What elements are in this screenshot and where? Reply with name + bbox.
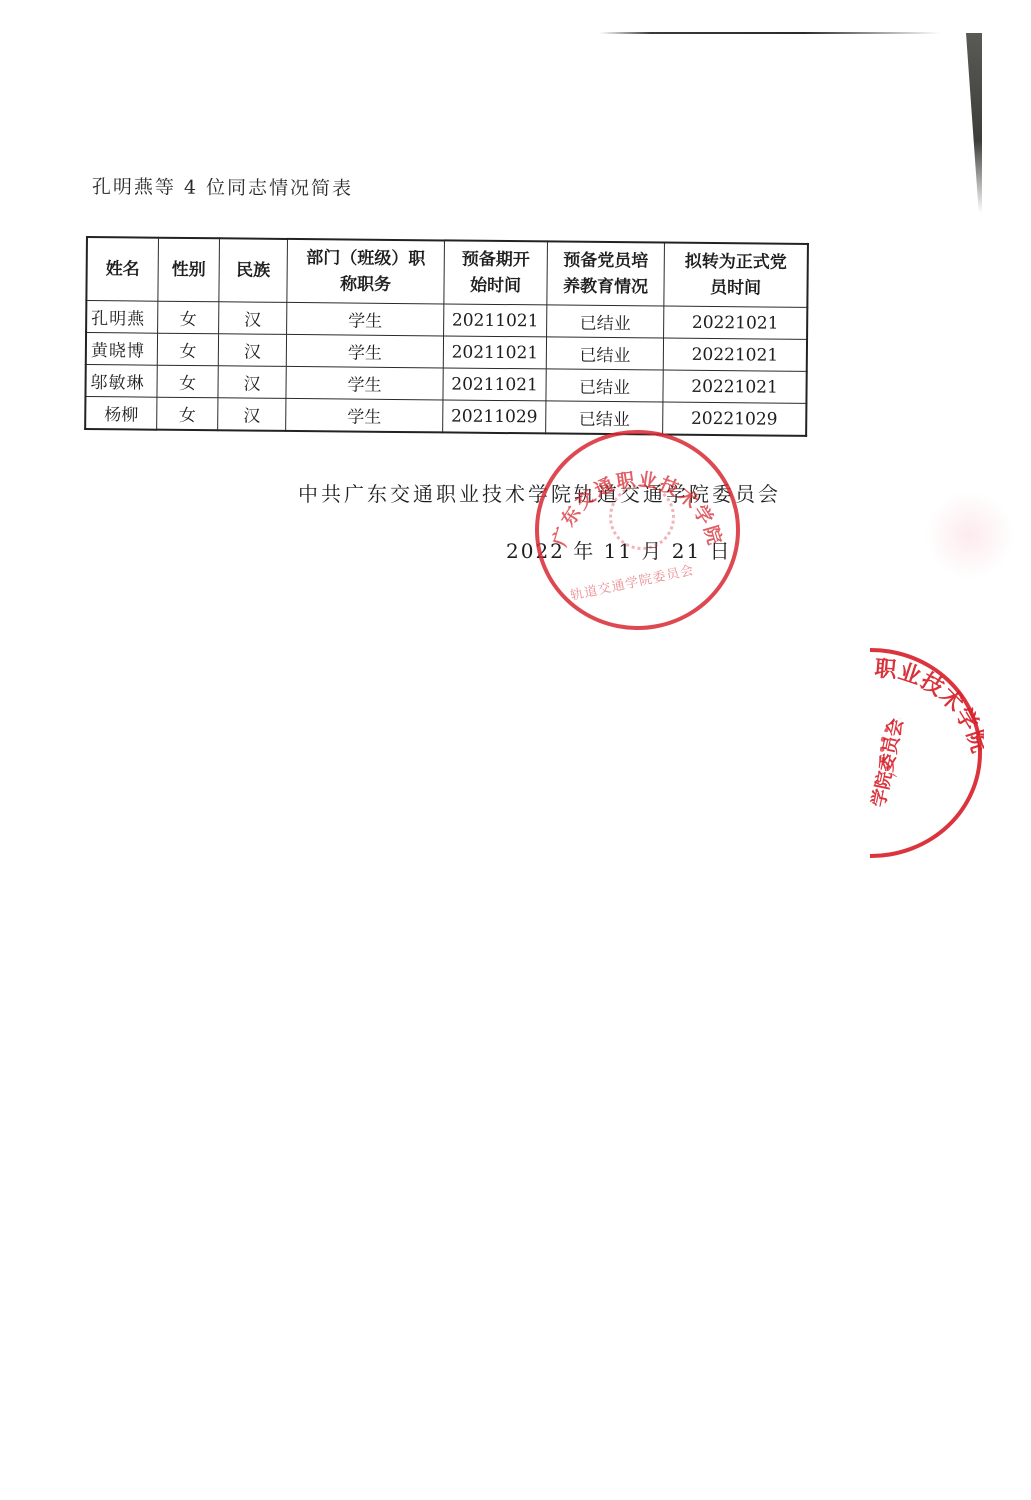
cell-gender: 女 xyxy=(157,333,218,366)
info-table-wrapper: 姓名 性别 民族 部门（班级）职称职务 预备期开始时间 预备党员培养教育情况 拟… xyxy=(84,236,809,437)
seal-bottom-text: 轨道交通学院委员会 xyxy=(568,559,695,604)
cell-department: 学生 xyxy=(286,398,443,432)
cell-department: 学生 xyxy=(286,334,443,368)
cell-department: 学生 xyxy=(287,302,444,336)
cell-name: 邬敏琳 xyxy=(85,365,157,398)
cell-name: 杨柳 xyxy=(85,397,157,430)
page-edge-shadow-right xyxy=(966,33,982,213)
table-row: 杨柳 女 汉 学生 20211029 已结业 20221029 xyxy=(85,397,806,436)
official-seal-stamp: 广东交通职业技术学院 轨道交通学院委员会 xyxy=(535,430,740,630)
cell-gender: 女 xyxy=(157,365,218,398)
issuing-organization: 中共广东交通职业技术学院轨道交通学院委员会 xyxy=(298,478,781,507)
cell-full-member-date: 20221029 xyxy=(663,402,807,436)
table-header-row: 姓名 性别 民族 部门（班级）职称职务 预备期开始时间 预备党员培养教育情况 拟… xyxy=(86,237,808,307)
header-ethnicity: 民族 xyxy=(219,238,288,302)
cell-name: 黄晓博 xyxy=(86,333,158,366)
cell-probation-start: 20211029 xyxy=(443,400,546,433)
cell-gender: 女 xyxy=(157,397,218,430)
ink-smudge xyxy=(925,490,1015,580)
cell-ethnicity: 汉 xyxy=(218,398,286,431)
partial-emblem-icon xyxy=(880,718,925,778)
cell-ethnicity: 汉 xyxy=(218,366,286,399)
cell-training-status: 已结业 xyxy=(546,401,663,435)
svg-text:职业技术学院: 职业技术学院 xyxy=(873,655,984,757)
cell-full-member-date: 20221021 xyxy=(664,306,808,339)
partial-seal-stamp: 职业技术学院 学院委员会 xyxy=(870,648,1031,858)
header-department: 部门（班级）职称职务 xyxy=(287,239,445,304)
page-edge-shadow-top xyxy=(600,32,940,34)
cell-probation-start: 20211021 xyxy=(443,336,546,369)
cell-training-status: 已结业 xyxy=(547,305,664,338)
header-training-status: 预备党员培养教育情况 xyxy=(547,241,665,306)
cell-full-member-date: 20221021 xyxy=(663,370,807,403)
cell-ethnicity: 汉 xyxy=(218,334,286,367)
header-name: 姓名 xyxy=(86,237,158,301)
cell-probation-start: 20211021 xyxy=(443,368,546,401)
header-full-member-date: 拟转为正式党员时间 xyxy=(664,243,808,308)
svg-text:学院委员会: 学院委员会 xyxy=(870,716,908,809)
cell-training-status: 已结业 xyxy=(546,369,663,402)
cell-department: 学生 xyxy=(286,366,443,400)
cell-name: 孔明燕 xyxy=(86,301,158,334)
partial-seal-text: 职业技术学院 学院委员会 xyxy=(870,648,984,858)
header-probation-start: 预备期开始时间 xyxy=(444,240,548,304)
info-table: 姓名 性别 民族 部门（班级）职称职务 预备期开始时间 预备党员培养教育情况 拟… xyxy=(84,236,809,437)
cell-ethnicity: 汉 xyxy=(219,302,287,335)
seal-text-arc: 广东交通职业技术学院 xyxy=(539,434,736,626)
cell-probation-start: 20211021 xyxy=(444,304,547,337)
partial-seal-ring xyxy=(870,648,982,858)
cell-training-status: 已结业 xyxy=(546,337,663,370)
header-gender: 性别 xyxy=(158,238,220,302)
cell-gender: 女 xyxy=(158,301,219,334)
cell-full-member-date: 20221021 xyxy=(663,338,807,371)
document-title: 孔明燕等 4 位同志情况简表 xyxy=(92,172,353,201)
issue-date: 2022 年 11 月 21 日 xyxy=(506,535,732,564)
